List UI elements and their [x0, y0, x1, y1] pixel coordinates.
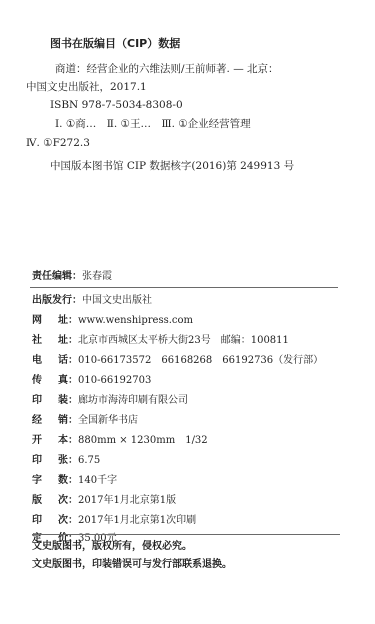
- divider-bottom: [32, 534, 340, 535]
- detail-value: 6.75: [78, 455, 100, 466]
- detail-label-2: 张：: [58, 455, 78, 466]
- detail-label: 印: [32, 394, 58, 408]
- detail-value: 880mm × 1230mm 1/32: [78, 435, 208, 446]
- detail-label-2: 装：: [58, 395, 78, 406]
- return-notice: 文史版图书，印装错误可与发行部联系退换。: [32, 558, 232, 572]
- detail-label-2: 话：: [58, 355, 78, 366]
- detail-row-printer: 印装：廊坊市海涛印刷有限公司: [32, 394, 188, 408]
- detail-label: 印: [32, 514, 58, 528]
- detail-value: 廊坊市海涛印刷有限公司: [78, 395, 188, 406]
- detail-row-edition: 版次：2017年1月北京第1版: [32, 494, 176, 508]
- detail-label-2: 销：: [58, 415, 78, 426]
- cip-line-1: 商道：经营企业的六维法则/王前师著. — 北京：: [55, 62, 279, 76]
- detail-value: www.wenshipress.com: [78, 315, 193, 326]
- detail-value: 010-66192703: [78, 375, 151, 386]
- detail-label: 开: [32, 434, 58, 448]
- detail-label-2: 本：: [58, 435, 78, 446]
- detail-row-address: 社址：北京市西城区太平桥大街23号 邮编：100811: [32, 334, 289, 348]
- detail-row-format: 开本：880mm × 1230mm 1/32: [32, 434, 208, 448]
- detail-label: 版: [32, 494, 58, 508]
- detail-label-2: 址：: [58, 335, 78, 346]
- detail-label: 社: [32, 334, 58, 348]
- cip-classification: Ⅳ. ①F272.3: [26, 136, 90, 150]
- detail-label-2: 次：: [58, 515, 78, 526]
- editor-line: 责任编辑：张春霞: [32, 270, 112, 284]
- detail-label: 传: [32, 374, 58, 388]
- detail-value: 中国文史出版社: [82, 295, 152, 306]
- detail-label: 印: [32, 454, 58, 468]
- detail-row-website: 网址：www.wenshipress.com: [32, 314, 193, 328]
- detail-row-printing: 印次：2017年1月北京第1次印刷: [32, 514, 196, 528]
- detail-label-2: 真：: [58, 375, 78, 386]
- cip-record: 中国版本图书馆 CIP 数据核字(2016)第 249913 号: [50, 159, 294, 173]
- detail-label: 出版发行: [32, 295, 72, 306]
- copyright-notice: 文史版图书，版权所有，侵权必究。: [32, 540, 192, 554]
- detail-label: 字: [32, 474, 58, 488]
- detail-label-2: 次：: [58, 495, 78, 506]
- detail-value: 北京市西城区太平桥大街23号 邮编：100811: [78, 335, 289, 346]
- detail-row-sheets: 印张：6.75: [32, 454, 100, 468]
- cip-isbn: ISBN 978-7-5034-8308-0: [50, 98, 183, 112]
- detail-label: 经: [32, 414, 58, 428]
- editor-value: 张春霞: [82, 271, 112, 282]
- editor-label: 责任编辑：: [32, 271, 82, 282]
- detail-label-2: 数：: [58, 475, 78, 486]
- detail-row-fax: 传真：010-66192703: [32, 374, 151, 388]
- divider-top: [30, 287, 338, 288]
- detail-row-publisher: 出版发行：中国文史出版社: [32, 294, 152, 308]
- detail-row-wordcount: 字数：140千字: [32, 474, 117, 488]
- detail-value: 140千字: [78, 475, 117, 486]
- cip-title: 图书在版编目（CIP）数据: [50, 37, 180, 51]
- detail-label: 电: [32, 354, 58, 368]
- detail-label-2: 址：: [58, 315, 78, 326]
- detail-value: 010-66173572 66168268 66192736（发行部）: [78, 355, 323, 366]
- detail-value: 2017年1月北京第1版: [78, 495, 176, 506]
- detail-label-colon: ：: [72, 295, 82, 306]
- detail-row-distributor: 经销：全国新华书店: [32, 414, 138, 428]
- cip-line-2: 中国文史出版社，2017.1: [26, 80, 147, 94]
- detail-row-phone: 电话：010-66173572 66168268 66192736（发行部）: [32, 354, 323, 368]
- detail-label: 网: [32, 314, 58, 328]
- detail-value: 全国新华书店: [78, 415, 138, 426]
- cip-subjects: Ⅰ. ①商… Ⅱ. ①王… Ⅲ. ①企业经营管理: [55, 117, 251, 131]
- detail-value: 2017年1月北京第1次印刷: [78, 515, 196, 526]
